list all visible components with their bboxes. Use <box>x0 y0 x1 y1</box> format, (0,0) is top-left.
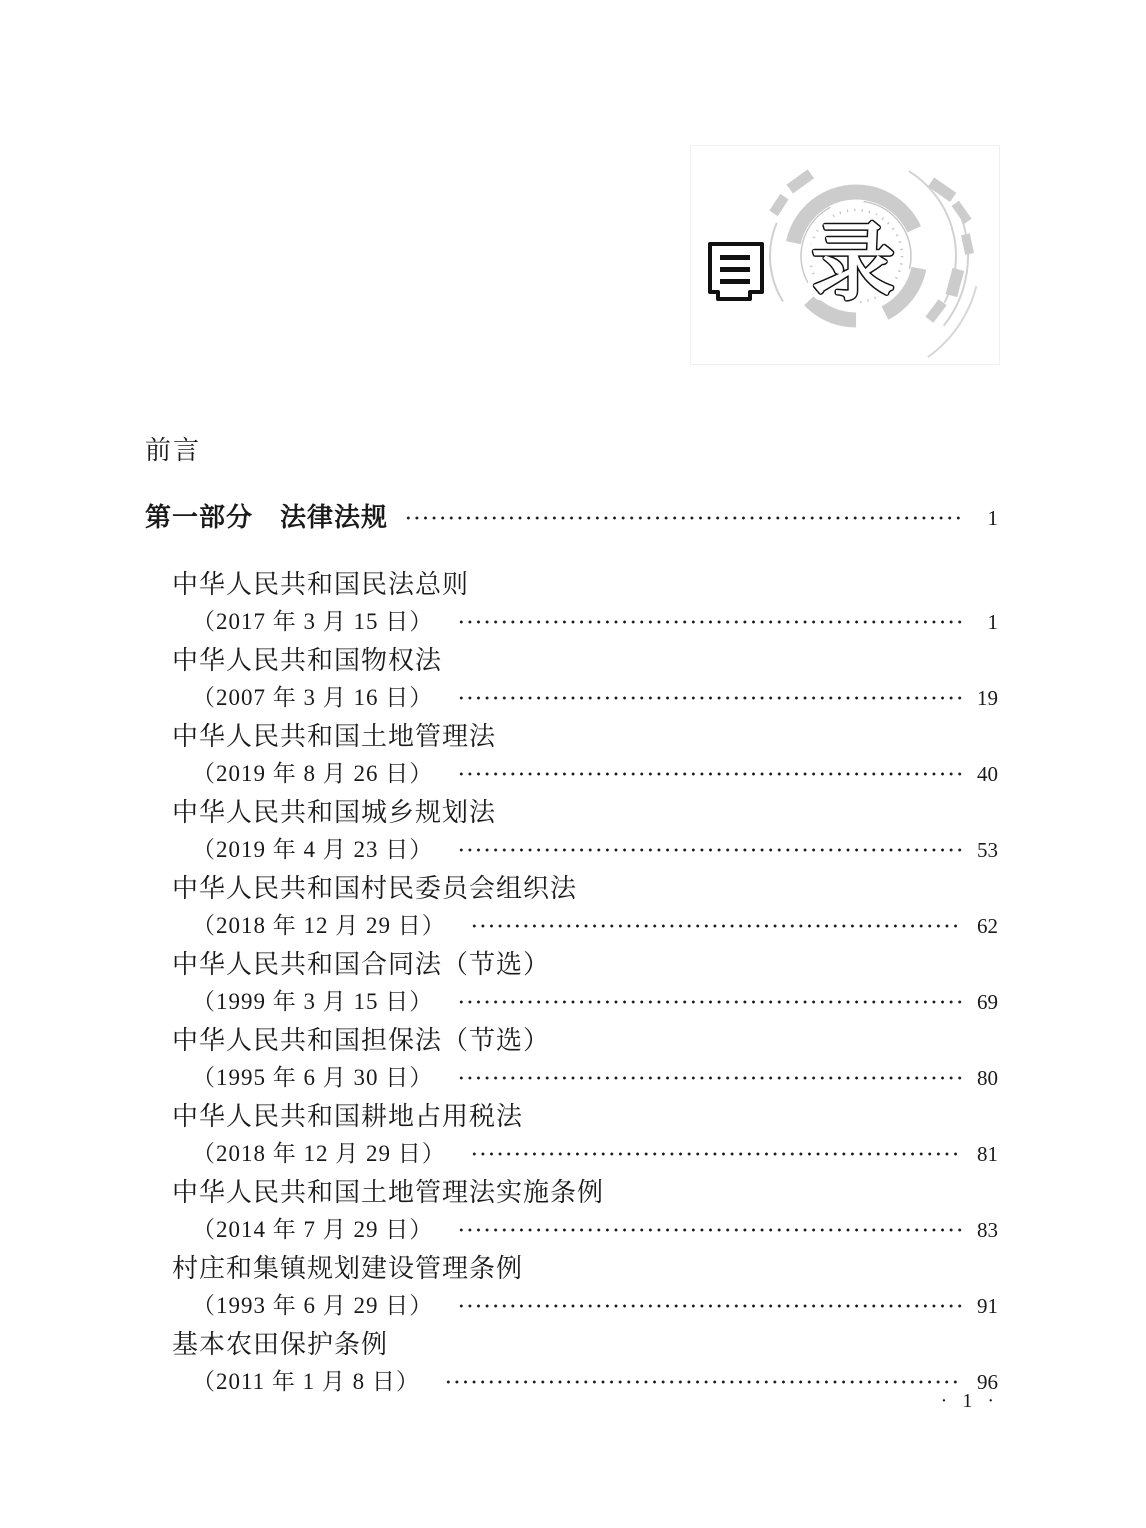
entry-date-row: （1995 年 6 月 30 日） 80 <box>192 1065 998 1091</box>
entry-date: （2018 年 12 月 29 日） <box>192 1141 446 1167</box>
entry-date: （1995 年 6 月 30 日） <box>192 1065 433 1091</box>
entry-date-row: （2014 年 7 月 29 日） 83 <box>192 1217 998 1243</box>
entry-title: 中华人民共和国合同法（节选） <box>172 952 998 978</box>
entry-date-row: （2007 年 3 月 16 日） 19 <box>192 685 998 711</box>
entry-date: （2019 年 4 月 23 日） <box>192 837 433 863</box>
deco-rings-svg: 录 录 <box>691 146 999 364</box>
entry-title: 中华人民共和国土地管理法实施条例 <box>172 1180 998 1206</box>
toc-entry: 中华人民共和国物权法 （2007 年 3 月 16 日） 19 <box>145 648 998 711</box>
entry-title: 中华人民共和国城乡规划法 <box>172 800 998 826</box>
toc-entry: 基本农田保护条例 （2011 年 1 月 8 日） 96 <box>145 1332 998 1395</box>
entry-title: 中华人民共和国耕地占用税法 <box>172 1104 998 1130</box>
entry-title: 中华人民共和国物权法 <box>172 648 998 674</box>
entry-title: 村庄和集镇规划建设管理条例 <box>172 1256 998 1282</box>
toc-header-graphic: 录 录 <box>690 145 1000 365</box>
dot-leader <box>457 989 962 1015</box>
entry-date: （1999 年 3 月 15 日） <box>192 989 433 1015</box>
entry-date-row: （2019 年 4 月 23 日） 53 <box>192 837 998 863</box>
toc-entry: 中华人民共和国城乡规划法 （2019 年 4 月 23 日） 53 <box>145 800 998 863</box>
entry-title: 中华人民共和国土地管理法 <box>172 724 998 750</box>
entry-date-row: （2018 年 12 月 29 日） 62 <box>192 913 998 939</box>
entry-date-row: （2011 年 1 月 8 日） 96 <box>192 1369 998 1395</box>
entry-title: 中华人民共和国村民委员会组织法 <box>172 876 998 902</box>
entry-page-number: 19 <box>972 685 998 711</box>
toc-entry: 中华人民共和国村民委员会组织法 （2018 年 12 月 29 日） 62 <box>145 876 998 939</box>
footer-page-number: · 1 · <box>941 1390 994 1412</box>
entry-title: 中华人民共和国民法总则 <box>172 572 998 598</box>
entry-page-number: 80 <box>972 1065 998 1091</box>
entry-date: （2019 年 8 月 26 日） <box>192 761 433 787</box>
entry-page-number: 83 <box>972 1217 998 1243</box>
dot-leader <box>457 1065 962 1091</box>
mu-glyph <box>710 244 762 299</box>
entry-page-number: 91 <box>972 1293 998 1319</box>
entry-page-number: 1 <box>972 609 998 635</box>
dot-leader <box>470 1141 962 1167</box>
entry-page-number: 40 <box>972 761 998 787</box>
dot-leader <box>444 1369 962 1395</box>
section-heading-row: 第一部分 法律法规 1 <box>145 504 998 531</box>
toc-entry: 中华人民共和国民法总则 （2017 年 3 月 15 日） 1 <box>145 572 998 635</box>
toc-entry: 村庄和集镇规划建设管理条例 （1993 年 6 月 29 日） 91 <box>145 1256 998 1319</box>
entry-date-row: （1993 年 6 月 29 日） 91 <box>192 1293 998 1319</box>
page-footer: · 1 · <box>941 1390 994 1412</box>
section-page-number: 1 <box>972 505 998 531</box>
dot-leader <box>457 685 962 711</box>
dot-leader <box>457 1217 962 1243</box>
entry-title: 中华人民共和国担保法（节选） <box>172 1028 998 1054</box>
entry-date-row: （2018 年 12 月 29 日） 81 <box>192 1141 998 1167</box>
entry-date-row: （2017 年 3 月 15 日） 1 <box>192 609 998 635</box>
dot-leader <box>470 913 962 939</box>
entry-date-row: （1999 年 3 月 15 日） 69 <box>192 989 998 1015</box>
toc-entry: 中华人民共和国土地管理法实施条例 （2014 年 7 月 29 日） 83 <box>145 1180 998 1243</box>
toc-entry: 中华人民共和国耕地占用税法 （2018 年 12 月 29 日） 81 <box>145 1104 998 1167</box>
dot-leader <box>457 1293 962 1319</box>
entry-date: （2011 年 1 月 8 日） <box>192 1369 420 1395</box>
toc-content: 前言 第一部分 法律法规 1 中华人民共和国民法总则 （2017 年 3 月 1… <box>145 437 998 1395</box>
entry-date: （2018 年 12 月 29 日） <box>192 913 446 939</box>
entry-page-number: 69 <box>972 989 998 1015</box>
dot-leader <box>404 505 962 531</box>
toc-entry: 中华人民共和国土地管理法 （2019 年 8 月 26 日） 40 <box>145 724 998 787</box>
section-title: 第一部分 法律法规 <box>145 504 388 531</box>
toc-entry: 中华人民共和国担保法（节选） （1995 年 6 月 30 日） 80 <box>145 1028 998 1091</box>
entry-page-number: 62 <box>972 913 998 939</box>
entry-page-number: 81 <box>972 1141 998 1167</box>
toc-entry-list: 中华人民共和国民法总则 （2017 年 3 月 15 日） 1 中华人民共和国物… <box>145 572 998 1395</box>
entry-date: （2017 年 3 月 15 日） <box>192 609 433 635</box>
dot-leader <box>457 837 962 863</box>
preface-label: 前言 <box>145 437 998 463</box>
entry-page-number: 53 <box>972 837 998 863</box>
entry-date: （2014 年 7 月 29 日） <box>192 1217 433 1243</box>
entry-date-row: （2019 年 8 月 26 日） 40 <box>192 761 998 787</box>
lu-glyph: 录 <box>811 218 895 311</box>
entry-date: （2007 年 3 月 16 日） <box>192 685 433 711</box>
toc-entry: 中华人民共和国合同法（节选） （1999 年 3 月 15 日） 69 <box>145 952 998 1015</box>
entry-title: 基本农田保护条例 <box>172 1332 998 1358</box>
entry-date: （1993 年 6 月 29 日） <box>192 1293 433 1319</box>
dot-leader <box>457 761 962 787</box>
dot-leader <box>457 609 962 635</box>
